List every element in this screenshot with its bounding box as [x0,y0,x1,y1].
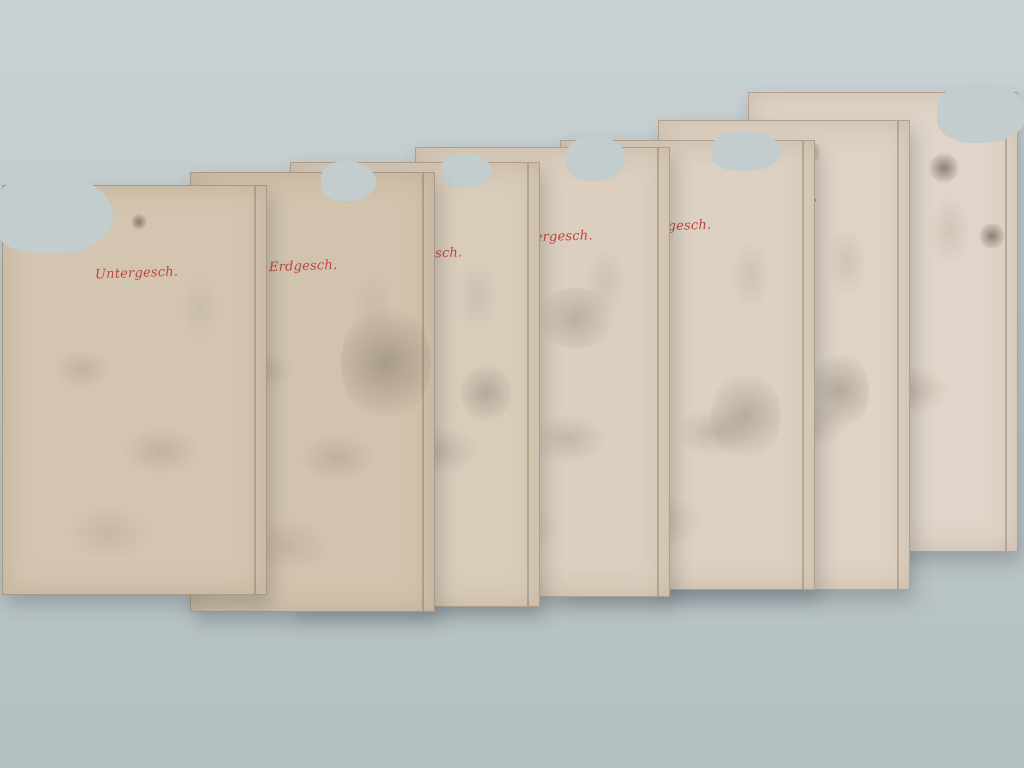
folder-label: Untergesch. [95,265,179,283]
photo-scene: Schnitt 6-D Schnitt E-F Schnitt 9-H Dach… [0,0,1024,768]
mold-spot [809,351,869,431]
folder-spine [802,141,804,589]
mold-spot [461,363,511,423]
torn-edge [321,161,376,201]
folder-label: Erdgesch. [269,258,338,275]
torn-edge [711,131,781,171]
mold-spot [536,288,616,348]
folder-spine [1005,93,1007,551]
torn-edge [566,136,626,181]
mold-spot [929,153,959,183]
mold-spot [131,214,147,230]
torn-edge [937,83,1024,143]
mold-spot [341,303,431,423]
folder-spine [527,163,529,606]
folder-spine [657,148,659,596]
folder-spine [254,186,256,594]
folder-spine [897,121,899,589]
torn-edge [0,174,113,254]
mold-spot [711,371,781,461]
torn-edge [441,153,491,188]
folder-untergesch: Untergesch. [2,185,267,595]
mold-spot [979,223,1005,249]
